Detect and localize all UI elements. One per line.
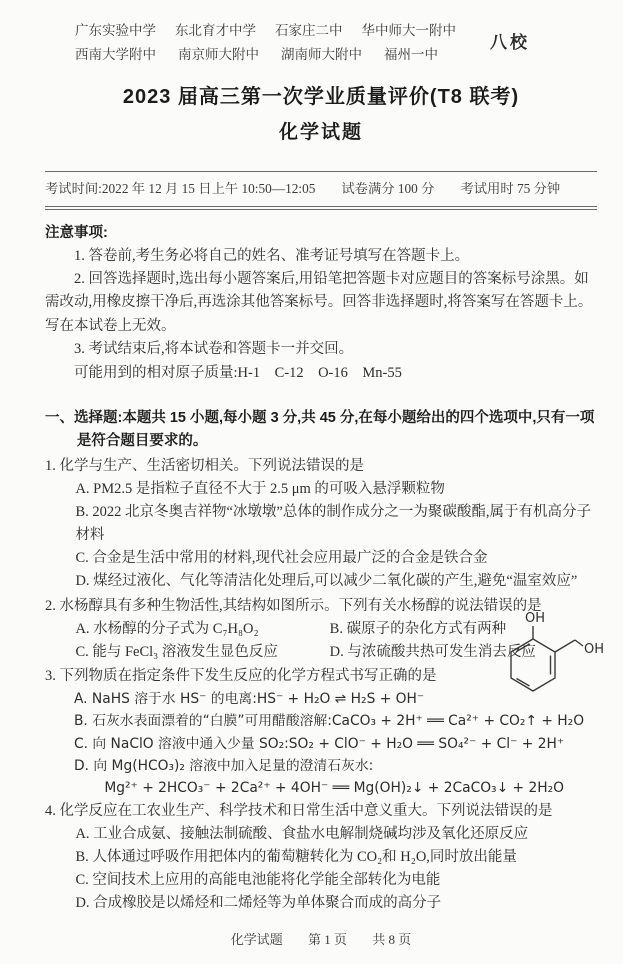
hydroxyl-label-top: OH [525,611,545,626]
question-1: 1. 化学与生产、生活密切相关。下列说法错误的是 A. PM2.5 是指粒子直径… [45,455,597,594]
notes-heading: 注意事项: [45,222,597,245]
subject-title: 化学试题 [45,118,597,148]
question-2-option-c: C. 能与 FeCl₃ 溶液发生显色反应 [45,641,299,664]
school-name: 湖南师大附中 [281,44,362,66]
exam-duration: 考试用时 75 分钟 [460,178,560,199]
exam-full-score: 试卷满分 100 分 [341,178,434,199]
hydroxyl-label-side: OH [584,642,603,657]
school-name: 东北育才中学 [175,20,256,42]
question-2-option-b: B. 碳原子的杂化方式有两种 [299,618,491,641]
school-name: 福州一中 [384,44,438,66]
footer-page-number: 第 1 页 [308,932,347,947]
question-3-option-d-label: D. 向 Mg(HCO₃)₂ 溶液中加入足量的澄清石灰水: [45,755,597,777]
question-4-option-d: D. 合成橡胶是以烯烃和二烯烃等为单体聚合而成的高分子 [45,892,597,915]
note-item-2: 2. 回答选择题时,选出每小题答案后,用铅笔把答题卡对应题目的答案标号涂黑。如需… [45,268,597,338]
section1-heading: 一、选择题:本题共 15 小题,每小题 3 分,共 45 分,在每小题给出的四个… [45,407,597,453]
question-1-stem: 1. 化学与生产、生活密切相关。下列说法错误的是 [45,455,597,478]
question-4-stem: 4. 化学反应在工农业生产、科学技术和日常生活中意义重大。下列说法错误的是 [45,800,597,823]
question-3-option-c: C. 向 NaClO 溶液中通入少量 SO₂:SO₂ + ClO⁻ + H₂O … [45,733,597,755]
question-4-option-b: B. 人体通过呼吸作用把体内的葡萄糖转化为 CO₂和 H₂O,同时放出能量 [45,846,597,869]
question-4-option-a: A. 工业合成氨、接触法制硫酸、食盐水电解制烧碱均涉及氧化还原反应 [45,823,597,846]
note-item-3: 3. 考试结束后,将本试卷和答题卡一并交回。 [45,338,597,361]
exam-title: 2023 届高三第一次学业质量评价(T8 联考) [45,81,597,113]
exam-paper-page: 广东实验中学 东北育才中学 石家庄二中 华中师大一附中 西南大学附中 南京师大附… [0,0,623,964]
question-4-option-c: C. 空间技术上应用的高能电池能将化学能全部转化为电能 [45,869,597,892]
schools-line-2: 西南大学附中 南京师大附中 湖南师大附中 福州一中 [75,44,456,66]
question-1-option-b: B. 2022 北京冬奥吉祥物“冰墩墩”总体的制作成分之一为聚碳酸酯,属于有机高… [45,501,597,547]
question-1-option-a: A. PM2.5 是指粒子直径不大于 2.5 μm 的可吸入悬浮颗粒物 [45,478,597,501]
school-name: 广东实验中学 [75,20,156,42]
schools-list: 广东实验中学 东北育才中学 石家庄二中 华中师大一附中 西南大学附中 南京师大附… [75,20,456,65]
footer-total-pages: 共 8 页 [372,932,411,947]
question-3-option-d-equation: Mg²⁺ + 2HCO₃⁻ + 2Ca²⁺ + 4OH⁻ ══ Mg(OH)₂↓… [45,777,597,799]
notes-section: 注意事项: 1. 答卷前,考生务必将自己的姓名、准考证号填写在答题卡上。 2. … [45,222,597,385]
question-2-option-a: A. 水杨醇的分子式为 C₇H₈O₂ [45,618,299,641]
schools-header: 广东实验中学 东北育才中学 石家庄二中 华中师大一附中 西南大学附中 南京师大附… [45,20,597,65]
school-name: 南京师大附中 [178,44,259,66]
salicyl-alcohol-structure-diagram: OH OH [491,609,603,713]
question-1-option-c: C. 合金是生活中常用的材料,现代社会应用最广泛的合金是铁合金 [45,547,597,570]
rule-double [45,206,597,210]
school-name: 西南大学附中 [75,44,156,66]
question-4: 4. 化学反应在工农业生产、科学技术和日常生活中意义重大。下列说法错误的是 A.… [45,800,597,916]
question-1-option-d: D. 煤经过液化、气化等清洁化处理后,可以减少二氧化碳的产生,避免“温室效应” [45,570,597,593]
question-3-option-b: B. 石灰水表面漂着的“白膜”可用醋酸溶解:CaCO₃ + 2H⁺ ══ Ca²… [45,710,597,732]
school-name: 华中师大一附中 [362,20,457,42]
question-2: 2. 水杨醇具有多种生物活性,其结构如图所示。下列有关水杨醇的说法错误的是 A.… [45,595,597,665]
question-2-option-d: D. 与浓硫酸共热可发生消去反应 [299,641,491,664]
school-name: 石家庄二中 [275,20,343,42]
question-2-options: A. 水杨醇的分子式为 C₇H₈O₂ B. 碳原子的杂化方式有两种 C. 能与 … [45,618,491,664]
schools-line-1: 广东实验中学 东北育才中学 石家庄二中 华中师大一附中 [75,20,456,42]
note-item-1: 1. 答卷前,考生务必将自己的姓名、准考证号填写在答题卡上。 [45,245,597,268]
footer-doc-label: 化学试题 [231,932,283,947]
page-footer: 化学试题 第 1 页 共 8 页 [45,930,597,951]
exam-time: 考试时间:2022 年 12 月 15 日上午 10:50—12:05 [45,178,315,199]
atomic-mass-line: 可能用到的相对原子质量:H-1 C-12 O-16 Mn-55 [45,362,597,385]
eight-schools-badge: 八校 [490,29,530,56]
exam-info-line: 考试时间:2022 年 12 月 15 日上午 10:50—12:05 试卷满分… [45,172,597,206]
